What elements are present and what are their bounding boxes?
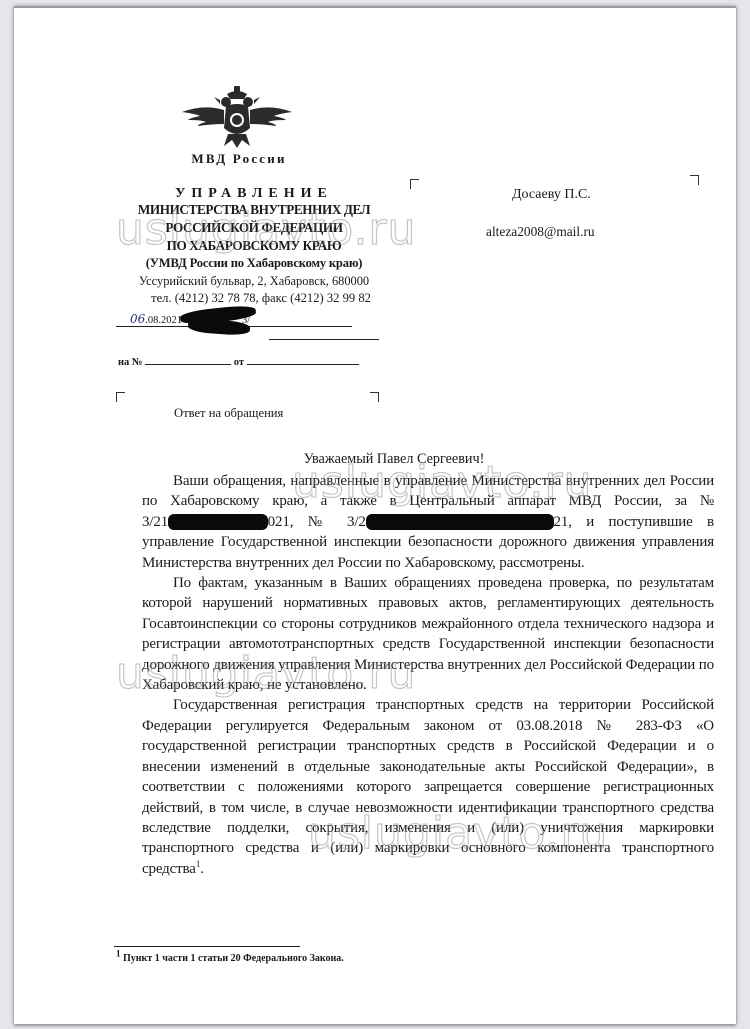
in-reply-to-label: на № [118, 357, 142, 368]
footnote-separator [114, 946, 300, 947]
p1-text-b: 021, № 3/2 [268, 514, 366, 530]
in-reply-to-field [145, 364, 231, 365]
letter-body: Ваши обращения, направленные в управлени… [142, 468, 714, 879]
redacted-text: 0000000000000 [168, 514, 268, 530]
paragraph-3: Государственная регистрация транспортных… [142, 695, 714, 879]
corner-bracket [370, 392, 379, 402]
document-page: МВД России УПРАВЛЕНИЕ МИНИСТЕРСТВА ВНУТР… [14, 6, 736, 1024]
paragraph-2: По фактам, указанным в Ваших обращениях … [142, 573, 714, 695]
corner-bracket [410, 179, 419, 189]
corner-bracket [116, 392, 125, 402]
ministry-short-name: МВД России [179, 151, 299, 167]
org-line: РОССИЙСКОЙ ФЕДЕРАЦИИ [104, 220, 404, 236]
date-rest: .08.2021 [145, 315, 182, 326]
p3-end: . [200, 861, 204, 877]
handwritten-day: 06 [130, 312, 145, 326]
from-field [247, 364, 359, 365]
org-line: ПО ХАБАРОВСКОМУ КРАЮ [104, 238, 404, 254]
registration-number: 3/ [232, 315, 352, 327]
footnote-text: Пункт 1 части 1 статьи 20 Федерального З… [121, 953, 344, 964]
corner-bracket [690, 175, 699, 185]
subject-line: Ответ на обращения [174, 406, 283, 421]
salutation: Уважаемый Павел Сергеевич! [14, 451, 750, 468]
from-label: от [234, 357, 244, 368]
in-reply-to-line: на № от [118, 357, 359, 368]
org-line: (УМВД России по Хабаровскому краю) [104, 256, 404, 271]
recipient-name: Досаеву П.С. [512, 187, 591, 203]
department-title: УПРАВЛЕНИЕ [154, 186, 354, 202]
p3-text: Государственная регистрация транспортных… [142, 697, 714, 876]
footnote: 1 Пункт 1 части 1 статьи 20 Федерального… [116, 953, 344, 964]
org-phone: тел. (4212) 32 78 78, факс (4212) 32 99 … [116, 291, 406, 306]
redacted-text: 0000000000000000000000000 [366, 514, 554, 530]
recipient-email: alteza2008@mail.ru [486, 224, 595, 240]
org-address: Уссурийский бульвар, 2, Хабаровск, 68000… [109, 274, 399, 289]
org-line: МИНИСТЕРСТВА ВНУТРЕННИХ ДЕЛ [104, 202, 404, 218]
double-headed-eagle-emblem [180, 84, 294, 150]
paragraph-1: Ваши обращения, направленные в управлени… [142, 471, 714, 573]
registration-number-line2 [269, 339, 379, 340]
